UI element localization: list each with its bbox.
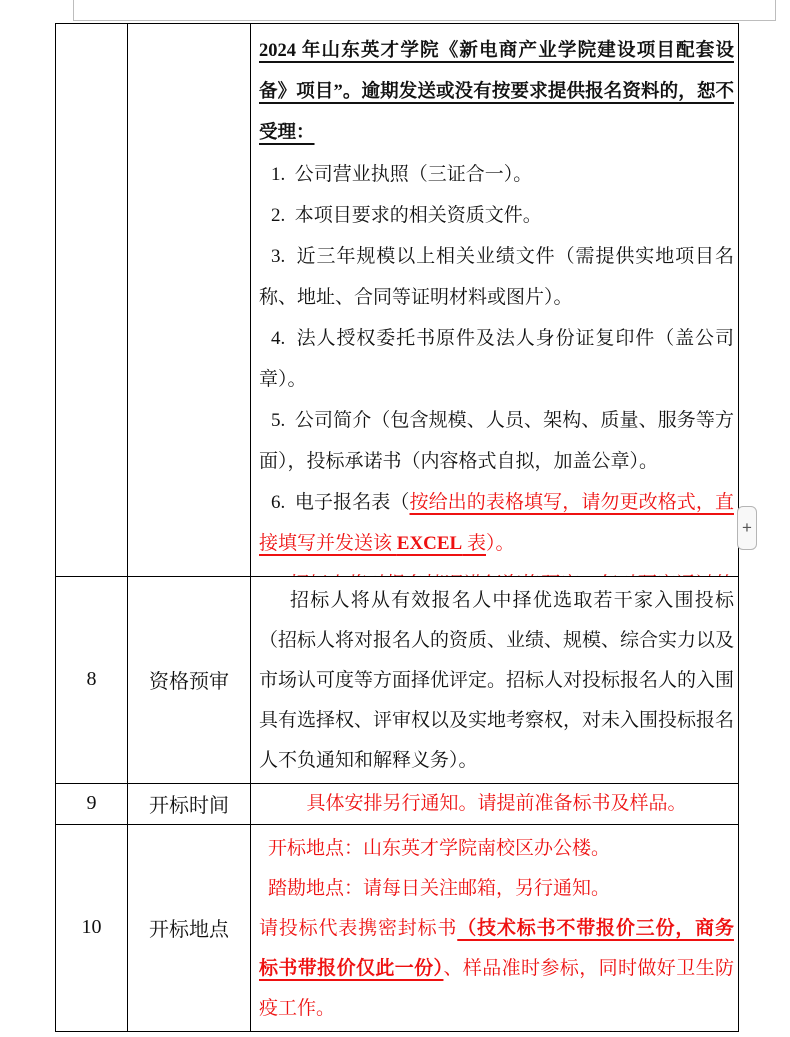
row-content-cell: 招标人将从有效报名人中择优选取若干家入围投标（招标人将对报名人的资质、业绩、规模…	[251, 577, 738, 783]
row-label-cell: 开标地点	[128, 825, 251, 1032]
row-number-cell: 9	[56, 784, 128, 824]
row-label-cell: 开标时间	[128, 784, 251, 824]
row-content-cell: 2024 年山东英才学院《新电商产业学院建设项目配套设备》项目”。逾期发送或没有…	[251, 24, 738, 576]
paragraph: 1. 公司营业执照（三证合一）。	[259, 154, 734, 195]
paragraph: 3. 近三年规模以上相关业绩文件（需提供实地项目名称、地址、合同等证明材料或图片…	[259, 236, 734, 318]
paragraph: 4. 法人授权委托书原件及法人身份证复印件（盖公司章）。	[259, 318, 734, 400]
text-segment: 招标人将对报名情况进行资格预审，仅对预审通过的报名人通知踏勘及开标。	[259, 574, 734, 576]
row-label-cell: 资格预审	[128, 577, 251, 783]
table-row-continuation: 2024 年山东英才学院《新电商产业学院建设项目配套设备》项目”。逾期发送或没有…	[56, 24, 738, 577]
notice-table: 2024 年山东英才学院《新电商产业学院建设项目配套设备》项目”。逾期发送或没有…	[55, 23, 739, 1032]
paragraph: 踏勘地点：请每日关注邮箱，另行通知。	[259, 869, 734, 909]
text-segment: ）。	[486, 533, 515, 554]
row-content-cell: 具体安排另行通知。请提前准备标书及样品。	[251, 784, 738, 824]
text-segment: 招标人将从有效报名人中择优选取若干家入围投标（招标人将对报名人的资质、业绩、规模…	[259, 590, 734, 771]
text-segment: 4. 法人授权委托书原件及法人身份证复印件（盖公司章）。	[259, 328, 734, 390]
paragraph: 具体安排另行通知。请提前准备标书及样品。	[259, 784, 734, 824]
text-segment: EXCEL	[397, 533, 462, 554]
paragraph: 请投标代表携密封标书（技术标书不带报价三份，商务标书带报价仅此一份）、样品准时参…	[259, 909, 734, 1029]
paragraph: 开标地点：山东英才学院南校区办公楼。	[259, 829, 734, 869]
text-segment: 表	[462, 533, 486, 554]
text-segment: 具体安排另行通知。请提前准备标书及样品。	[306, 793, 686, 814]
row-label-cell	[128, 24, 251, 576]
text-boundary-mark-left	[73, 0, 74, 20]
paragraph: 2024 年山东英才学院《新电商产业学院建设项目配套设备》项目”。逾期发送或没有…	[259, 31, 734, 154]
text-segment: 3. 近三年规模以上相关业绩文件（需提供实地项目名称、地址、合同等证明材料或图片…	[259, 246, 734, 308]
text-segment: 踏勘地点：请每日关注邮箱，另行通知。	[268, 878, 610, 899]
paragraph: 5. 公司简介（包含规模、人员、架构、质量、服务等方面），投标承诺书（内容格式自…	[259, 400, 734, 482]
paragraph: 招标人将对报名情况进行资格预审，仅对预审通过的报名人通知踏勘及开标。	[259, 564, 734, 576]
table-row-10: 10 开标地点 开标地点：山东英才学院南校区办公楼。踏勘地点：请每日关注邮箱，另…	[56, 825, 738, 1032]
table-row-8: 8 资格预审 招标人将从有效报名人中择优选取若干家入围投标（招标人将对报名人的资…	[56, 577, 738, 784]
text-segment: 开标地点：山东英才学院南校区办公楼。	[268, 838, 610, 859]
text-boundary-mark-right	[775, 0, 776, 20]
paragraph: 招标人将从有效报名人中择优选取若干家入围投标（招标人将对报名人的资质、业绩、规模…	[259, 581, 734, 781]
text-segment: 6. 电子报名表（	[271, 492, 410, 513]
row-number-cell: 8	[56, 577, 128, 783]
paragraph: 2. 本项目要求的相关资质文件。	[259, 195, 734, 236]
text-segment: 2. 本项目要求的相关资质文件。	[271, 205, 542, 226]
text-segment: 请投标代表携密封标书	[259, 918, 457, 939]
row-number-cell: 10	[56, 825, 128, 1032]
table-row-9: 9 开标时间 具体安排另行通知。请提前准备标书及样品。	[56, 784, 738, 825]
insert-row-button[interactable]: +	[737, 506, 757, 550]
text-segment: 2024 年山东英才学院《新电商产业学院建设项目配套设备》项目”。逾期发送或没有…	[259, 41, 734, 143]
text-boundary-line-top	[73, 20, 776, 21]
paragraph: 6. 电子报名表（按给出的表格填写，请勿更改格式，直接填写并发送该 EXCEL …	[259, 482, 734, 564]
row-number-cell	[56, 24, 128, 576]
text-segment: 5. 公司简介（包含规模、人员、架构、质量、服务等方面），投标承诺书（内容格式自…	[259, 410, 734, 472]
text-segment: 1. 公司营业执照（三证合一）。	[271, 164, 532, 185]
row-content-cell: 开标地点：山东英才学院南校区办公楼。踏勘地点：请每日关注邮箱，另行通知。请投标代…	[251, 825, 738, 1032]
